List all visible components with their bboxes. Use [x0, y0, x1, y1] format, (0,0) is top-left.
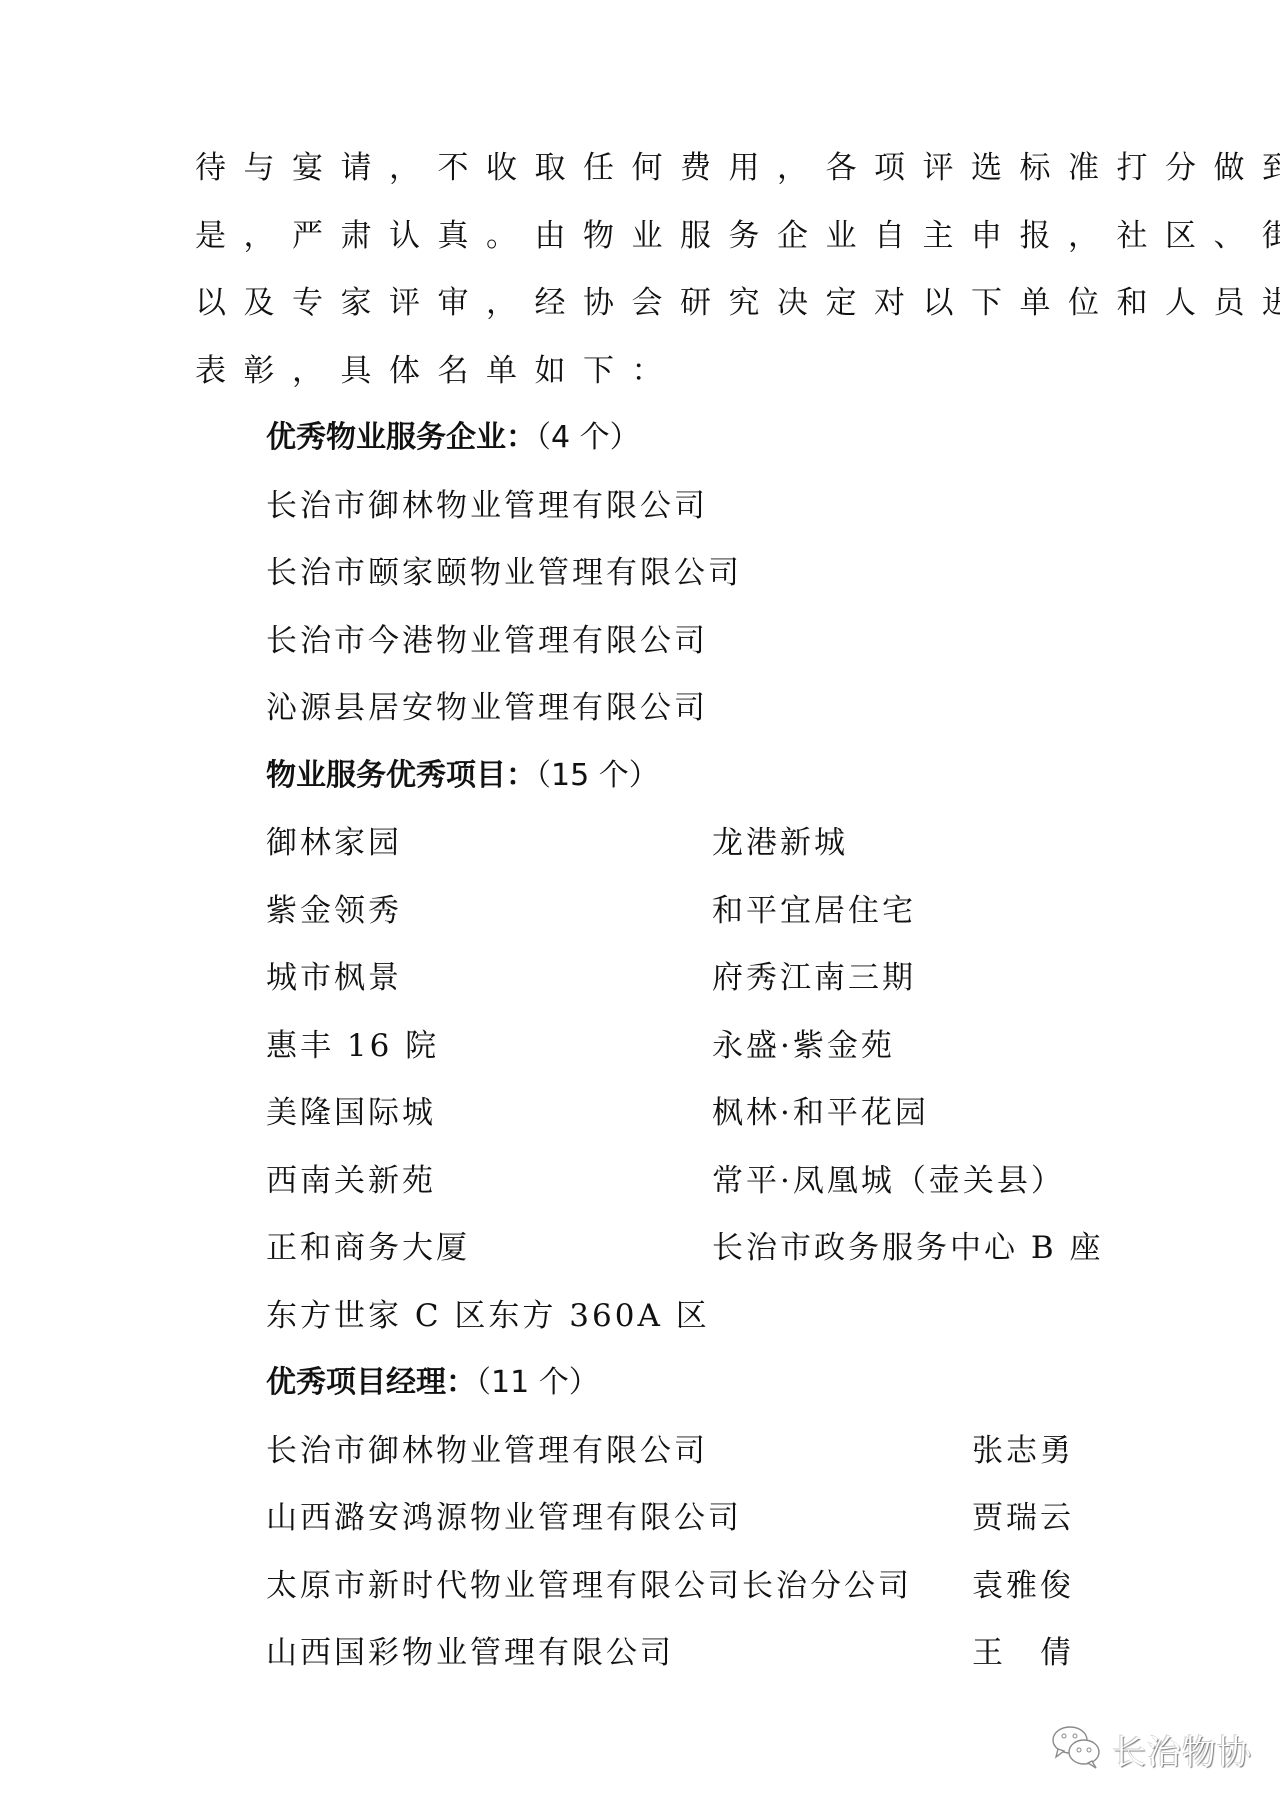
project-item: 美隆国际城 — [266, 1096, 436, 1130]
manager-name: 张志勇 — [972, 1434, 1074, 1468]
manager-company: 太原市新时代物业管理有限公司长治分公司 — [266, 1569, 912, 1603]
wechat-icon — [1050, 1724, 1104, 1774]
project-item: 和平宜居住宅 — [712, 894, 916, 928]
project-item: 西南关新苑 — [266, 1164, 436, 1198]
manager-name: 贾瑞云 — [972, 1501, 1074, 1535]
list-item: 长治市今港物业管理有限公司 — [266, 624, 708, 658]
section-count: （15 个） — [536, 758, 659, 793]
watermark: 长治物协 — [1050, 1724, 1252, 1774]
paragraph-line: 待与宴请，不收取任何费用，各项评选标准打分做到实事求 — [195, 151, 1083, 185]
project-item: 枫林·和平花园 — [712, 1096, 929, 1130]
manager-company: 山西国彩物业管理有限公司 — [266, 1636, 674, 1670]
watermark-text: 长治物协 — [1112, 1725, 1252, 1774]
project-item: 龙港新城 — [712, 826, 848, 860]
section-count: （4 个） — [536, 420, 640, 455]
section-title: 物业服务优秀项目： — [266, 758, 536, 793]
project-item: 御林家园 — [266, 826, 402, 860]
paragraph-line: 表彰，具体名单如下： — [195, 354, 1083, 388]
section-heading-enterprises: 优秀物业服务企业：（4 个） — [266, 421, 640, 455]
manager-name: 袁雅俊 — [972, 1569, 1074, 1603]
section-title: 优秀物业服务企业： — [266, 420, 536, 455]
list-item: 长治市颐家颐物业管理有限公司 — [266, 556, 742, 590]
project-item: 东方世家 C 区东方 360A 区 — [266, 1299, 710, 1333]
project-item: 永盛·紫金苑 — [712, 1029, 895, 1063]
manager-company: 长治市御林物业管理有限公司 — [266, 1434, 708, 1468]
project-item: 常平·凤凰城（壶关县） — [712, 1164, 1065, 1198]
manager-name: 王 倩 — [972, 1636, 1074, 1670]
project-item: 正和商务大厦 — [266, 1231, 470, 1265]
section-heading-managers: 优秀项目经理：（11 个） — [266, 1366, 599, 1400]
project-item: 府秀江南三期 — [712, 961, 916, 995]
project-item: 长治市政务服务中心 B 座 — [712, 1231, 1104, 1265]
section-heading-projects: 物业服务优秀项目：（15 个） — [266, 759, 659, 793]
project-item: 紫金领秀 — [266, 894, 402, 928]
project-item: 惠丰 16 院 — [266, 1029, 439, 1063]
section-count: （11 个） — [476, 1365, 599, 1400]
manager-company: 山西潞安鸿源物业管理有限公司 — [266, 1501, 742, 1535]
list-item: 长治市御林物业管理有限公司 — [266, 489, 708, 523]
paragraph-line: 以及专家评审，经协会研究决定对以下单位和人员进行年度 — [195, 286, 1083, 320]
section-title: 优秀项目经理： — [266, 1365, 476, 1400]
paragraph-line: 是，严肃认真。由物业服务企业自主申报，社区、街道审核 — [195, 219, 1083, 253]
list-item: 沁源县居安物业管理有限公司 — [266, 691, 708, 725]
project-item: 城市枫景 — [266, 961, 402, 995]
